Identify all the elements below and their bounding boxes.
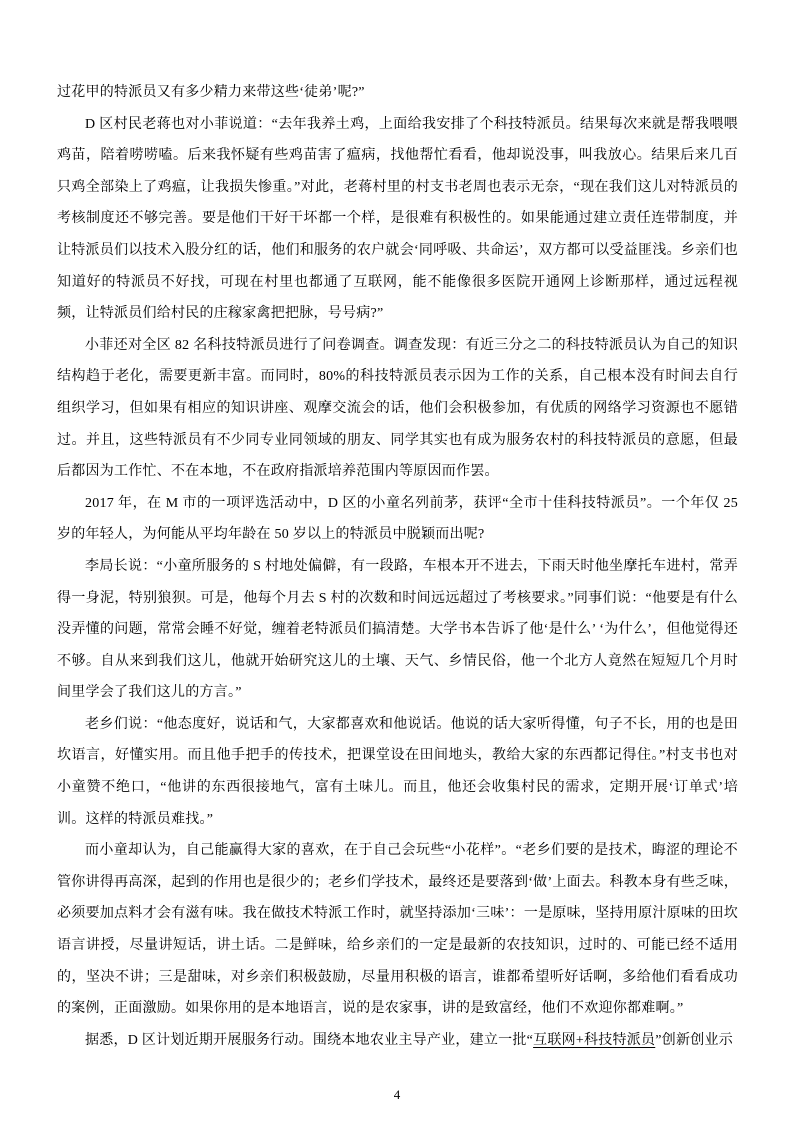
text-run: 而小童却认为，自己能赢得大家的喜欢，在于自己会玩些“小花样”。“老乡们要的是技术…: [57, 843, 738, 1016]
paragraph: 小菲还对全区 82 名科技特派员进行了问卷调查。调查发现：有近三分之二的科技特派…: [57, 330, 738, 488]
paragraph: 据悉，D 区计划近期开展服务行动。围绕本地农业主导产业，建立一批“互联网+科技特…: [57, 1025, 738, 1057]
page-number: 4: [0, 1086, 794, 1104]
paragraph: 而小童却认为，自己能赢得大家的喜欢，在于自己会玩些“小花样”。“老乡们要的是技术…: [57, 835, 738, 1025]
paragraph: D 区村民老蒋也对小菲说道：“去年我养土鸡，上面给我安排了个科技特派员。结果每次…: [57, 109, 738, 330]
paragraph: 李局长说：“小童所服务的 S 村地处偏僻，有一段路，车根本开不进去，下雨天时他坐…: [57, 551, 738, 709]
text-run: 据悉，D 区计划近期开展服务行动。围绕本地农业主导产业，建立一批“: [85, 1033, 533, 1048]
text-run: 老乡们说：“他态度好，说话和气，大家都喜欢和他说话。他说的话大家听得懂，句子不长…: [57, 717, 738, 827]
document-page: 过花甲的特派员又有多少精力来带这些‘徒弟’呢?”D 区村民老蒋也对小菲说道：“去…: [0, 0, 794, 1122]
document-body: 过花甲的特派员又有多少精力来带这些‘徒弟’呢?”D 区村民老蒋也对小菲说道：“去…: [57, 77, 738, 1056]
paragraph: 老乡们说：“他态度好，说话和气，大家都喜欢和他说话。他说的话大家听得懂，句子不长…: [57, 709, 738, 835]
text-run: 小菲还对全区 82 名科技特派员进行了问卷调查。调查发现：有近三分之二的科技特派…: [57, 338, 738, 479]
text-run: 过花甲的特派员又有多少精力来带这些‘徒弟’呢?”: [57, 85, 365, 100]
underlined-text: 互联网+科技特派员: [533, 1033, 655, 1048]
text-run: D 区村民老蒋也对小菲说道：“去年我养土鸡，上面给我安排了个科技特派员。结果每次…: [57, 117, 738, 322]
text-run: 2017 年，在 M 市的一项评选活动中，D 区的小童名列前茅，获评“全市十佳科…: [57, 496, 738, 543]
paragraph: 2017 年，在 M 市的一项评选活动中，D 区的小童名列前茅，获评“全市十佳科…: [57, 488, 738, 551]
text-run: ”创新创业示: [655, 1033, 733, 1048]
text-run: 李局长说：“小童所服务的 S 村地处偏僻，有一段路，车根本开不进去，下雨天时他坐…: [57, 559, 738, 700]
paragraph: 过花甲的特派员又有多少精力来带这些‘徒弟’呢?”: [57, 77, 738, 109]
